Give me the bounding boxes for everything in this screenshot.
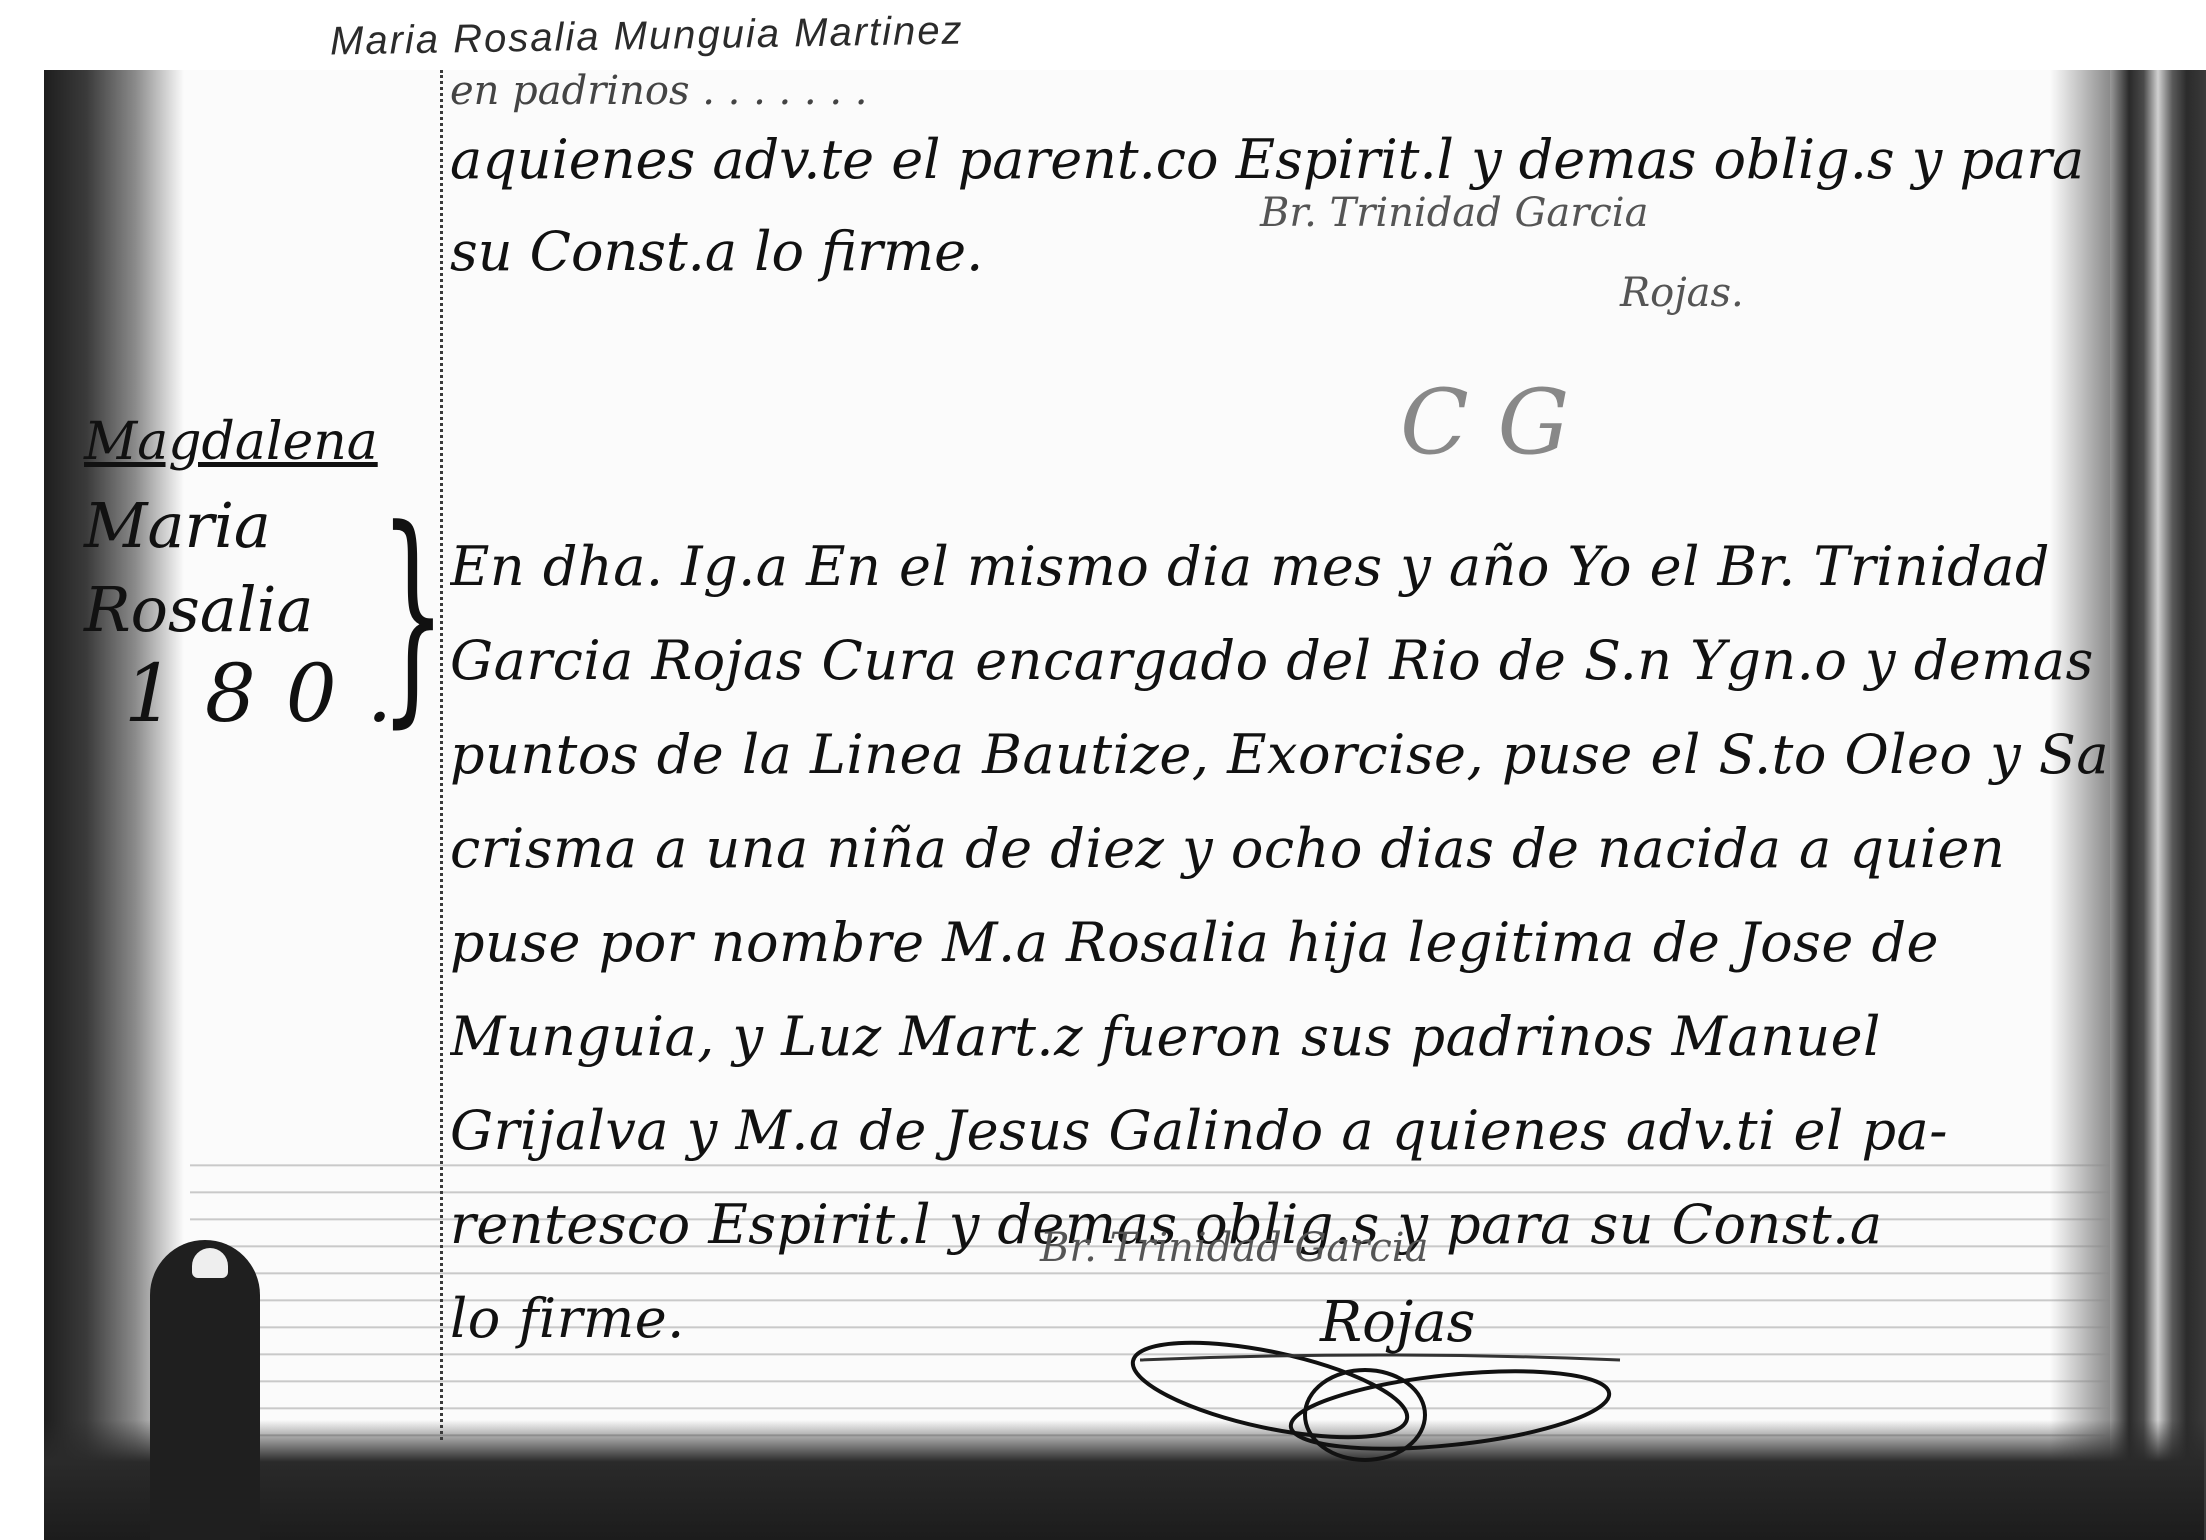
faint-signature-name: Br. Trinidad Garcia <box>1260 190 1648 236</box>
header-annotation: Maria Rosalia Munguia Martinez <box>330 8 964 64</box>
entry-line: puse por nombre M.a Rosalia hija legitim… <box>450 896 2110 990</box>
faint-signature: Br. Trinidad Garcia <box>1040 1225 1428 1271</box>
entry-line: Grijalva y M.a de Jesus Galindo a quiene… <box>450 1084 2110 1178</box>
entry-line: En dha. Ig.a En el mismo dia mes y año Y… <box>450 520 2110 614</box>
faint-rubric-mark: C G <box>1400 370 1569 475</box>
entry-number: 180. <box>84 652 424 736</box>
entry-line: Munguia, y Luz Mart.z fueron sus padrino… <box>450 990 2110 1084</box>
margin-name-rosalia: Rosalia <box>84 568 424 652</box>
right-binding-edge <box>2110 70 2206 1540</box>
brace-icon: } <box>380 500 446 730</box>
margin-name-magdalena: Magdalena <box>84 400 424 484</box>
margin-note: Magdalena Maria Rosalia 180. <box>84 400 424 736</box>
binder-clip-hole <box>192 1248 228 1278</box>
binder-clip-icon <box>150 1240 260 1540</box>
previous-entry-line: en padrinos . . . . . . . <box>450 68 2110 114</box>
margin-name-maria: Maria <box>84 484 424 568</box>
entry-line: crisma a una niña de diez y ocho dias de… <box>450 802 2110 896</box>
entry-line: Garcia Rojas Cura encargado del Rio de S… <box>450 614 2110 708</box>
previous-entry: en padrinos . . . . . . . aquienes adv.t… <box>450 68 2110 298</box>
margin-rule <box>440 70 443 1440</box>
faint-signature-surname: Rojas. <box>1620 270 1744 316</box>
signature-flourish-icon <box>1120 1340 1640 1480</box>
entry-line: puntos de la Linea Bautize, Exorcise, pu… <box>450 708 2110 802</box>
